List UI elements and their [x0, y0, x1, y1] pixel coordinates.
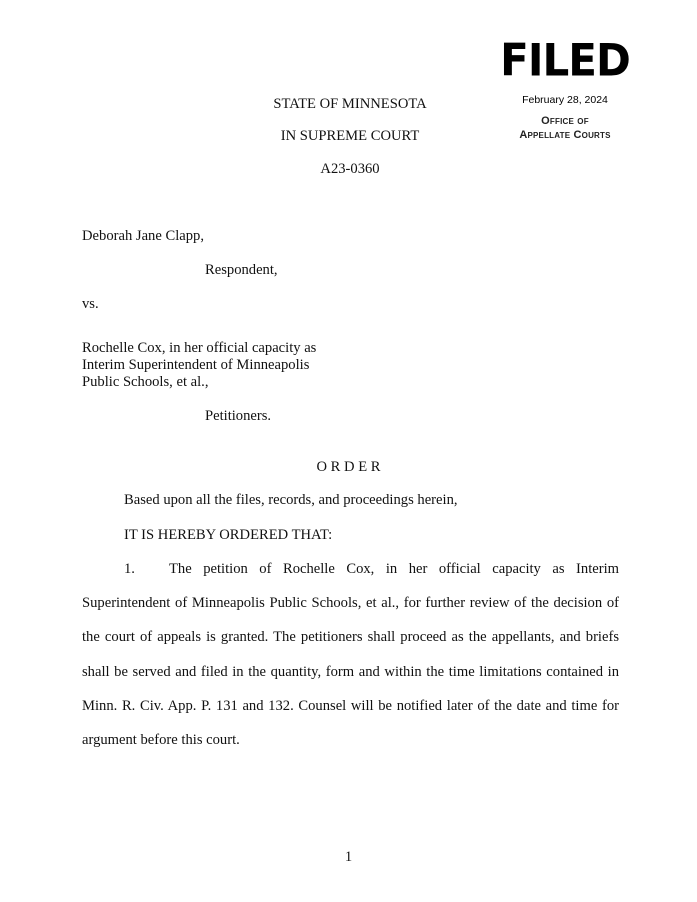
- office-name: Office of Appellate Courts: [500, 114, 630, 142]
- item-number: 1.: [124, 552, 169, 586]
- order-item-1: 1.The petition of Rochelle Cox, in her o…: [82, 552, 619, 757]
- petitioner-line: Rochelle Cox, in her official capacity a…: [82, 340, 316, 357]
- filed-label: FILED: [500, 37, 630, 85]
- office-line-1: Office of: [500, 114, 630, 128]
- respondent-role: Respondent,: [205, 262, 278, 279]
- petitioner-role: Petitioners.: [205, 408, 271, 425]
- court-heading: IN SUPREME COURT: [250, 128, 450, 145]
- petitioner-block: Rochelle Cox, in her official capacity a…: [82, 340, 316, 391]
- office-line-2: Appellate Courts: [500, 128, 630, 142]
- item-text: The petition of Rochelle Cox, in her off…: [82, 561, 619, 748]
- ordered-that: IT IS HEREBY ORDERED THAT:: [124, 527, 332, 544]
- versus: vs.: [82, 296, 99, 313]
- petitioner-line: Public Schools, et al.,: [82, 374, 316, 391]
- petitioner-line: Interim Superintendent of Minneapolis: [82, 357, 316, 374]
- respondent-name: Deborah Jane Clapp,: [82, 228, 204, 245]
- order-title: O R D E R: [0, 459, 697, 476]
- case-number: A23-0360: [250, 161, 450, 178]
- filed-date: February 28, 2024: [500, 94, 630, 106]
- page-number: 1: [0, 849, 697, 866]
- state-heading: STATE OF MINNESOTA: [250, 96, 450, 113]
- filed-stamp: FILED February 28, 2024 Office of Appell…: [500, 38, 630, 142]
- order-preamble: Based upon all the files, records, and p…: [124, 492, 458, 509]
